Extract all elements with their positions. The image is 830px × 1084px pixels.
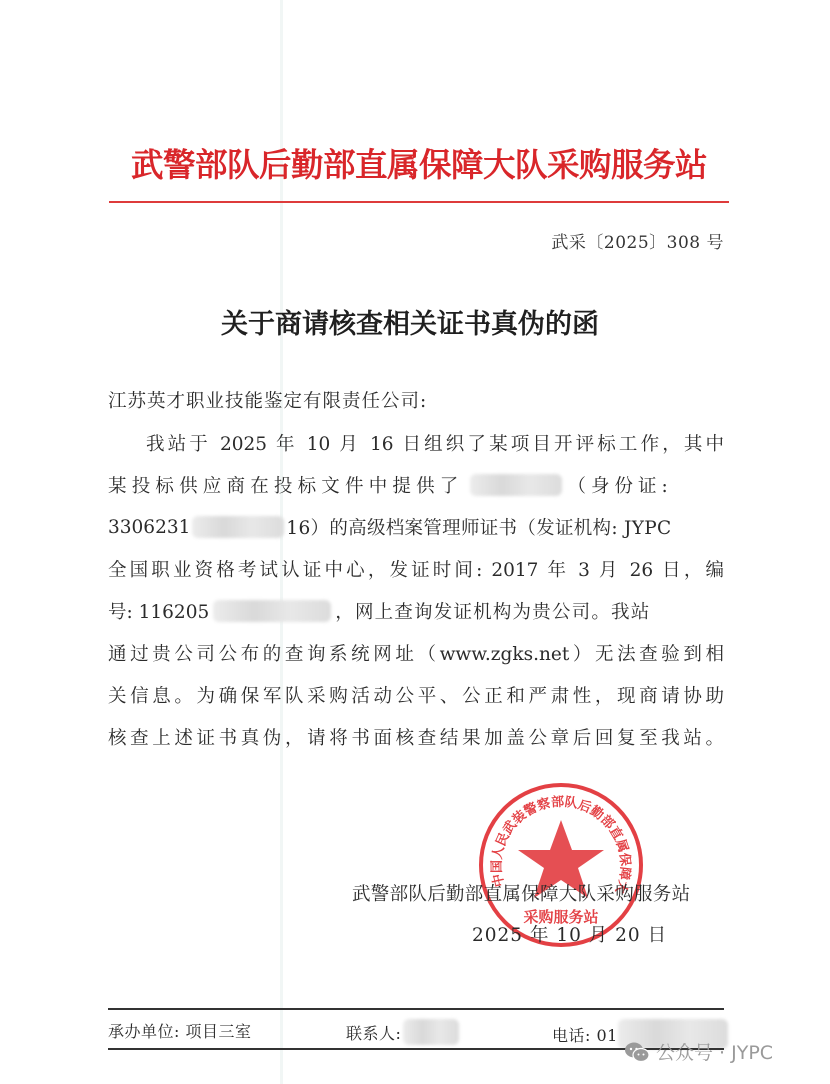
handling-unit: 承办单位: 项目三室 xyxy=(108,1019,251,1042)
body-line: 通过贵公司公布的查询系统网址（www.zgks.net）无法查验到相 xyxy=(108,640,724,666)
letterhead-red-rule xyxy=(109,201,729,203)
body-line: 某投标供应商在投标文件中提供了 （身份证: xyxy=(108,472,724,498)
letterhead-title: 武警部队后勤部直属保障大队采购服务站 xyxy=(108,140,730,186)
redacted-certificate-number xyxy=(213,600,331,622)
body-line-text: 3306231 xyxy=(108,517,190,538)
body-line: 核查上述证书真伪，请将书面核查结果加盖公章后回复至我站。 xyxy=(108,724,724,750)
wechat-icon xyxy=(624,1041,650,1063)
watermark-text: 公众号 · JYPC xyxy=(656,1038,773,1065)
signing-organization: 武警部队后勤部直属保障大队采购服务站 xyxy=(352,880,690,906)
contact-label: 联系人: xyxy=(346,1021,401,1044)
contact-person: 联系人: xyxy=(346,1019,459,1045)
wechat-watermark: 公众号 · JYPC xyxy=(624,1038,773,1065)
addressee: 江苏英才职业技能鉴定有限责任公司: xyxy=(108,387,427,413)
redacted-id-number xyxy=(192,516,284,538)
body-line: 3306231 16）的高级档案管理师证书（发证机构: JYPC xyxy=(108,514,724,540)
body-line: 全国职业资格考试认证中心，发证时间: 2017 年 3 月 26 日，编 xyxy=(108,556,724,582)
body-line-text: ，网上查询发证机构为贵公司。我站 xyxy=(335,598,650,624)
body-line: 号: 116205 ，网上查询发证机构为贵公司。我站 xyxy=(108,598,724,624)
body-line-text: 某投标供应商在投标文件中提供了 xyxy=(108,472,464,498)
phone-label: 电话: 01 xyxy=(552,1023,618,1046)
redacted-contact-name xyxy=(403,1019,459,1045)
body-line-text: （身份证: xyxy=(568,472,673,498)
footer-top-rule xyxy=(108,1008,724,1010)
body-line-text: 16）的高级档案管理师证书（发证机构: JYPC xyxy=(286,514,671,540)
body-line: 关信息。为确保军队采购活动公平、公正和严肃性，现商请协助 xyxy=(108,682,724,708)
signing-date: 2025 年 10 月 20 日 xyxy=(472,921,667,947)
body-line: 我站于 2025 年 10 月 16 日组织了某项目开评标工作，其中 xyxy=(146,430,724,456)
document-number: 武采〔2025〕308 号 xyxy=(551,228,724,253)
body-line-text: 号: 116205 xyxy=(108,598,209,624)
document-title: 关于商请核查相关证书真伪的函 xyxy=(160,302,660,341)
redacted-name xyxy=(470,474,562,496)
